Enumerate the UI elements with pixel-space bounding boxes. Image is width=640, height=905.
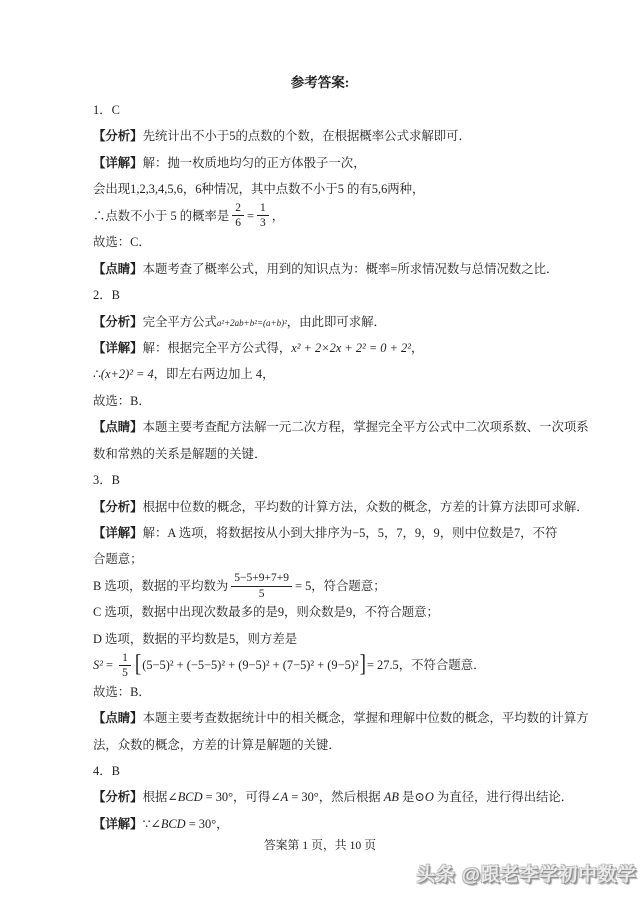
- answers-content: 1．C 【分析】先统计出不小于5的点数的个数，在根据概率公式求解即可． 【详解】…: [93, 97, 563, 837]
- detail-label: 【详解】: [93, 526, 143, 540]
- analysis-text: 根据∠: [143, 790, 178, 804]
- analysis-suffix: ，由此即可求解．: [287, 315, 386, 329]
- fraction-numerator: 5−5+9+7+9: [231, 571, 292, 586]
- equals-sign: =: [103, 652, 116, 678]
- square-formula-small: a²+2ab+b²=(a+b)²: [217, 318, 287, 328]
- q3-variance-intro-line: D 选项，数据的平均数是5，则方差是: [93, 626, 563, 652]
- note-label: 【点睛】: [93, 420, 143, 434]
- q3-detail-line-2: 合题意；: [93, 546, 563, 572]
- angle-name: BCD: [161, 817, 186, 831]
- note-text: 本题考查了概率公式，用到的知识点为：概率=所求情况数与总情况数之比．: [143, 262, 559, 276]
- q2-analysis-line: 【分析】完全平方公式a²+2ab+b²=(a+b)²，由此即可求解．: [93, 309, 563, 335]
- note-label: 【点睛】: [93, 262, 143, 276]
- average-tail: ，符合题意；: [311, 573, 385, 599]
- fraction: 13: [257, 201, 269, 231]
- q2-note-line-2: 数和常熟的关系是解题的关键．: [93, 441, 563, 467]
- variance-symbol: S²: [93, 652, 103, 678]
- conclusion-tail: ，即左右两边加上 4，: [154, 367, 275, 381]
- analysis-label: 【分析】: [93, 790, 143, 804]
- q4-analysis-line: 【分析】根据∠BCD = 30°，可得∠A = 30°，然后根据 AB 是⊙O …: [93, 784, 563, 810]
- detail-text: = 30°，: [186, 817, 229, 831]
- detail-label: 【详解】: [93, 341, 143, 355]
- circle-center-name: O: [425, 790, 434, 804]
- detail-label: 【详解】: [93, 817, 143, 831]
- note-label: 【点睛】: [93, 711, 143, 725]
- q3-detail-line-1: 【详解】解：A 选项，将数据按从小到大排序为−5，5，7，9，9，则中位数是7，…: [93, 520, 563, 546]
- detail-prefix: 解：根据完全平方公式得，: [143, 341, 292, 355]
- detail-label: 【详解】: [93, 156, 143, 170]
- probability-prefix: ∴点数不小于 5 的概率是: [93, 203, 229, 229]
- note-text: 本题主要考查数据统计中的相关概念，掌握和理解中位数的概念，平均数的计算方: [143, 711, 589, 725]
- q3-choice-line: 故选：B．: [93, 679, 563, 705]
- conclusion-formula: (x+2)² = 4: [101, 367, 154, 381]
- q3-analysis-line: 【分析】根据中位数的概念，平均数的计算方法，众数的概念，方差的计算方法即可求解．: [93, 494, 563, 520]
- q1-cases-line: 会出现1,2,3,4,5,6，6种情况，其中点数不小于5 的有5,6两种，: [93, 176, 563, 202]
- probability-tail: ，: [272, 203, 284, 229]
- expansion-formula: x² + 2×2x + 2² = 0 + 2²: [291, 341, 411, 355]
- fraction-numerator: 1: [119, 651, 131, 666]
- average-result: = 5: [295, 573, 311, 599]
- variance-terms: (5−5)² + (−5−5)² + (9−5)² + (7−5)² + (9−…: [142, 652, 358, 678]
- answer-sheet-page: 参考答案: 1．C 【分析】先统计出不小于5的点数的个数，在根据概率公式求解即可…: [0, 0, 640, 905]
- fraction-denominator: 6: [232, 216, 244, 230]
- analysis-text: 先统计出不小于5的点数的个数，在根据概率公式求解即可．: [143, 129, 471, 143]
- page-footer: 答案第 1 页，共 10 页: [0, 836, 640, 853]
- q3-variance-line: S² = 15 [ (5−5)² + (−5−5)² + (9−5)² + (7…: [93, 652, 563, 678]
- variance-result: = 27.5: [367, 652, 399, 678]
- q4-detail-line: 【详解】∵∠BCD = 30°，: [93, 811, 563, 837]
- q1-choice-line: 故选：C．: [93, 229, 563, 255]
- q4-answer-line: 4．B: [93, 758, 563, 784]
- analysis-text: = 30°，可得∠: [203, 790, 281, 804]
- close-bracket: ]: [360, 649, 366, 682]
- analysis-label: 【分析】: [93, 315, 143, 329]
- q2-answer-line: 2．B: [93, 282, 563, 308]
- q2-choice-line: 故选：B．: [93, 388, 563, 414]
- analysis-text: 是⊙: [399, 790, 425, 804]
- q2-note-line-1: 【点睛】本题主要考查配方法解一元二次方程，掌握完全平方公式中二次项系数、一次项系: [93, 414, 563, 440]
- analysis-text: 为直径，进行得出结论．: [434, 790, 573, 804]
- q3-mode-line: C 选项，数据中出现次数最多的是9，则众数是9，不符合题意；: [93, 599, 563, 625]
- segment-name: AB: [384, 790, 399, 804]
- q3-note-line-1: 【点睛】本题主要考查数据统计中的相关概念，掌握和理解中位数的概念，平均数的计算方: [93, 705, 563, 731]
- detail-tail: ，: [411, 341, 423, 355]
- open-bracket: [: [135, 649, 141, 682]
- analysis-label: 【分析】: [93, 129, 143, 143]
- analysis-prefix: 完全平方公式: [143, 315, 217, 329]
- fraction-denominator: 3: [257, 216, 269, 230]
- watermark: 头条 @跟老李学初中数学: [417, 861, 637, 887]
- analysis-text: = 30°，然后根据: [288, 790, 384, 804]
- therefore-symbol: ∴: [93, 367, 101, 381]
- fraction: 5−5+9+7+95: [231, 571, 292, 601]
- q2-detail-line: 【详解】解：根据完全平方公式得，x² + 2×2x + 2² = 0 + 2²，: [93, 335, 563, 361]
- detail-text: 解：A 选项，将数据按从小到大排序为−5，5，7，9，9，则中位数是7，不符: [143, 526, 558, 540]
- q3-average-line: B 选项，数据的平均数为 5−5+9+7+95 = 5 ，符合题意；: [93, 573, 563, 599]
- fraction-numerator: 2: [232, 201, 244, 216]
- variance-tail: ，不符合题意．: [399, 652, 486, 678]
- q1-note-line: 【点睛】本题考查了概率公式，用到的知识点为：概率=所求情况数与总情况数之比．: [93, 256, 563, 282]
- angle-name: BCD: [178, 790, 203, 804]
- fraction: 26: [232, 201, 244, 231]
- q2-conclusion-line: ∴(x+2)² = 4，即左右两边加上 4，: [93, 361, 563, 387]
- note-text: 本题主要考查配方法解一元二次方程，掌握完全平方公式中二次项系数、一次项系: [143, 420, 589, 434]
- fraction: 15: [119, 651, 131, 681]
- page-title: 参考答案:: [0, 71, 640, 91]
- detail-text: ∵∠: [143, 817, 161, 831]
- equals-sign: =: [247, 203, 254, 229]
- q1-answer-line: 1．C: [93, 97, 563, 123]
- q1-detail-line: 【详解】解：抛一枚质地均匀的正方体骰子一次，: [93, 150, 563, 176]
- q1-probability-line: ∴点数不小于 5 的概率是 26 = 13 ，: [93, 203, 563, 229]
- average-prefix: B 选项，数据的平均数为: [93, 573, 228, 599]
- q1-analysis-line: 【分析】先统计出不小于5的点数的个数，在根据概率公式求解即可．: [93, 123, 563, 149]
- detail-text: 解：抛一枚质地均匀的正方体骰子一次，: [143, 156, 366, 170]
- q3-note-line-2: 法，众数的概念，方差的计算是解题的关键．: [93, 732, 563, 758]
- fraction-numerator: 1: [257, 201, 269, 216]
- analysis-label: 【分析】: [93, 500, 143, 514]
- analysis-text: 根据中位数的概念，平均数的计算方法，众数的概念，方差的计算方法即可求解．: [143, 500, 589, 514]
- q3-answer-line: 3．B: [93, 467, 563, 493]
